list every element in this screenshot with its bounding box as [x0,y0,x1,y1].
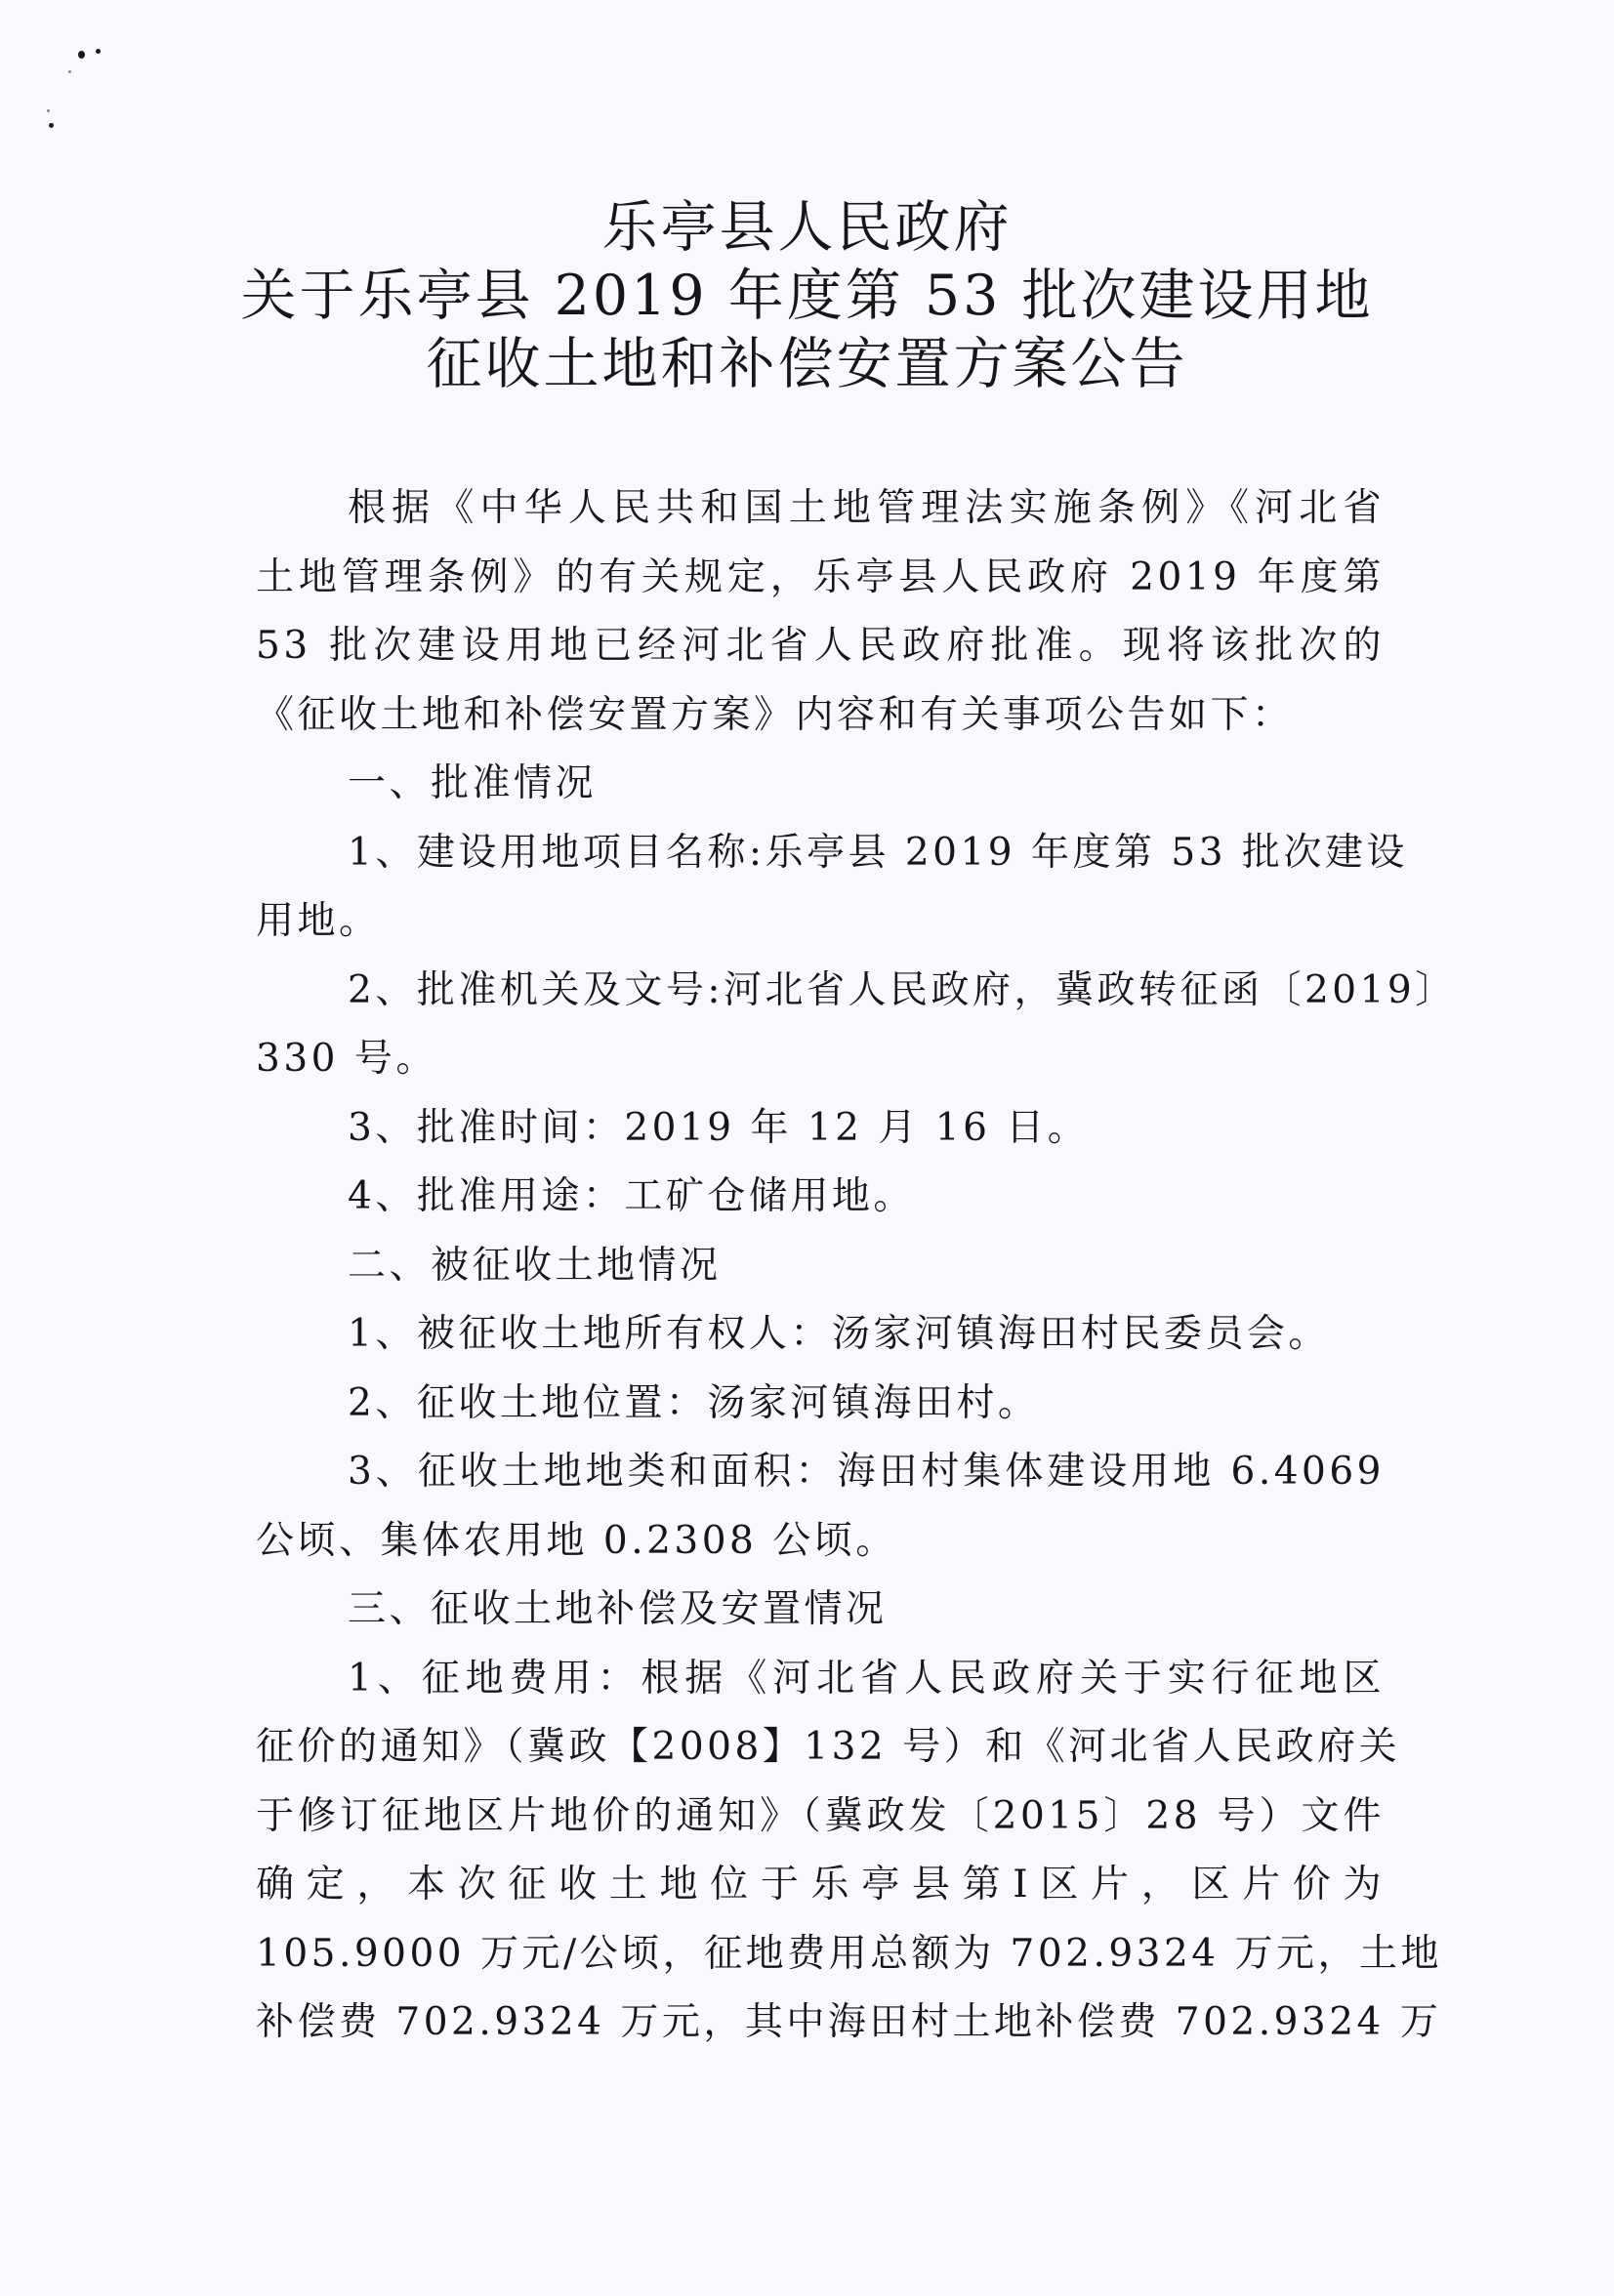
text-line: 《征收土地和补偿安置方案》内容和有关事项公告如下： [256,681,1385,751]
text-line: 2、征收土地位置：汤家河镇海田村。 [256,1370,1385,1439]
intro-paragraph: 根据《中华人民共和国土地管理法实施条例》《河北省 土地管理条例》的有关规定，乐亭… [256,474,1385,750]
text-line: 1、建设用地项目名称:乐亭县 2019 年度第 53 批次建设 [256,819,1385,888]
text-line: 补偿费 702.9324 万元，其中海田村土地补偿费 702.9324 万 [256,1988,1385,2058]
section-approval: 一、批准情况 1、建设用地项目名称:乐亭县 2019 年度第 53 批次建设 用… [256,750,1385,1232]
speck [47,109,50,112]
section-heading: 三、征收土地补偿及安置情况 [256,1576,1385,1645]
title-subject-line2: 征收土地和补偿安置方案公告 [0,330,1614,398]
text-line: 105.9000 万元/公顷，征地费用总额为 702.9324 万元，土地 [256,1920,1385,1989]
text-line: 330 号。 [256,1025,1385,1094]
document-body: 根据《中华人民共和国土地管理法实施条例》《河北省 土地管理条例》的有关规定，乐亭… [256,474,1385,2058]
text-line: 1、征地费用：根据《河北省人民政府关于实行征地区 [256,1645,1385,1714]
text-line: 根据《中华人民共和国土地管理法实施条例》《河北省 [256,474,1385,544]
speck [49,123,54,128]
text-line: 1、被征收土地所有权人：汤家河镇海田村民委员会。 [256,1300,1385,1370]
speck [78,51,85,59]
title-issuer: 乐亭县人民政府 [0,193,1614,262]
speck [68,70,71,73]
document-title: 乐亭县人民政府 关于乐亭县 2019 年度第 53 批次建设用地 征收土地和补偿… [0,193,1614,398]
section-heading: 二、被征收土地情况 [256,1232,1385,1301]
title-subject-line1: 关于乐亭县 2019 年度第 53 批次建设用地 [0,262,1614,330]
text-line: 2、批准机关及文号:河北省人民政府，冀政转征函〔2019〕 [256,957,1385,1026]
text-line: 53 批次建设用地已经河北省人民政府批准。现将该批次的 [256,612,1385,681]
text-line: 征价的通知》（冀政【2008】132 号）和《河北省人民政府关 [256,1713,1385,1783]
text-line: 公顷、集体农用地 0.2308 公顷。 [256,1507,1385,1577]
scanned-document-page: 乐亭县人民政府 关于乐亭县 2019 年度第 53 批次建设用地 征收土地和补偿… [0,0,1614,2296]
text-line: 4、批准用途：工矿仓储用地。 [256,1163,1385,1232]
text-line: 于修订征地区片地价的通知》（冀政发〔2015〕28 号）文件 [256,1783,1385,1852]
text-line: 3、批准时间：2019 年 12 月 16 日。 [256,1094,1385,1164]
section-expropriated-land: 二、被征收土地情况 1、被征收土地所有权人：汤家河镇海田村民委员会。 2、征收土… [256,1232,1385,1577]
section-heading: 一、批准情况 [256,750,1385,819]
text-line: 3、征收土地地类和面积：海田村集体建设用地 6.4069 [256,1438,1385,1507]
text-line: 确定，本次征收土地位于乐亭县第Ⅰ区片，区片价为 [256,1851,1385,1920]
speck [96,49,101,54]
text-line: 土地管理条例》的有关规定，乐亭县人民政府 2019 年度第 [256,544,1385,613]
section-compensation: 三、征收土地补偿及安置情况 1、征地费用：根据《河北省人民政府关于实行征地区 征… [256,1576,1385,2058]
text-line: 用地。 [256,887,1385,957]
scan-artifact-specks [59,39,156,137]
